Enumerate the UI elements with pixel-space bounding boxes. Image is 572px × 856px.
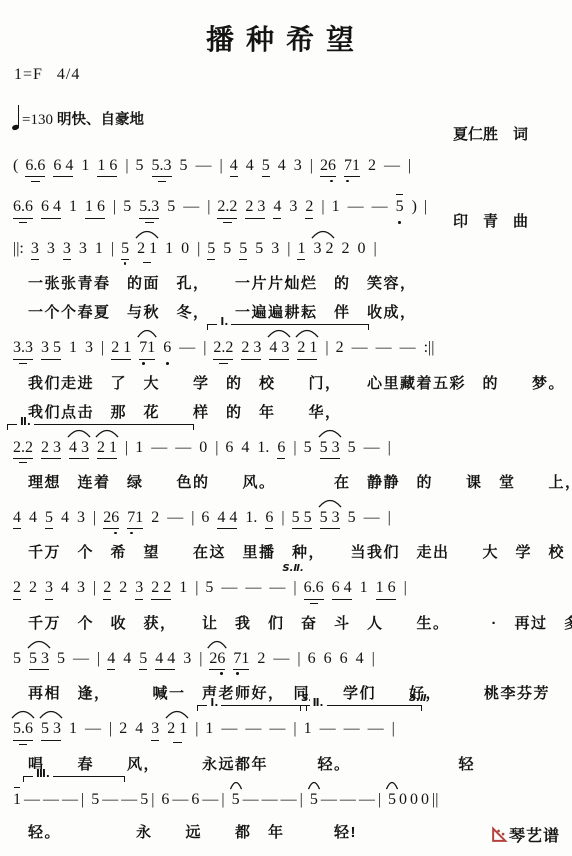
barline: | bbox=[191, 509, 194, 527]
tempo-value: =130 bbox=[22, 112, 53, 128]
sixteenth-beam bbox=[19, 462, 27, 463]
note-group: 5 bbox=[13, 650, 21, 668]
duration-dash: — bbox=[202, 791, 218, 809]
note-group: 2 bbox=[151, 509, 159, 527]
slur-arc bbox=[230, 780, 242, 790]
duration-dash: — bbox=[352, 339, 368, 357]
note-group: 3 bbox=[289, 198, 297, 216]
slur-arc bbox=[318, 428, 342, 438]
note-group: 2 1 bbox=[111, 339, 131, 359]
octave-dot-below bbox=[236, 672, 239, 675]
quarter-note-icon bbox=[12, 104, 21, 130]
note-group: 5.3 bbox=[139, 198, 159, 218]
note-group: 4 bbox=[107, 650, 115, 670]
note-group: 5 bbox=[348, 439, 356, 457]
overline bbox=[14, 787, 21, 788]
note-group: 6 bbox=[161, 791, 169, 809]
segno-mark: S.Ⅱ. bbox=[282, 564, 303, 574]
note-group: 2 1 bbox=[97, 439, 117, 459]
barline: | bbox=[125, 157, 128, 175]
barline: | bbox=[151, 791, 154, 809]
note-group: 5 bbox=[310, 791, 318, 809]
sixteenth-beam bbox=[19, 744, 27, 745]
note-group: 2 3 bbox=[41, 439, 61, 459]
song-title: 播种希望 bbox=[0, 0, 572, 58]
note-group: 3 bbox=[79, 240, 87, 258]
note-group: 2.2 bbox=[217, 198, 237, 218]
note-group: 4 4 bbox=[155, 650, 175, 670]
duration-dash: — bbox=[167, 509, 183, 527]
note-group: 2 bbox=[29, 579, 37, 597]
note-group: 5 bbox=[207, 240, 215, 260]
duration-dash: — bbox=[273, 650, 289, 668]
volta-label: Ⅰ. bbox=[217, 317, 231, 328]
lyrics-line: 理想 连着 绿 色的 风。 在 静静 的 课 堂 上， bbox=[0, 467, 572, 496]
slur-arc bbox=[308, 780, 320, 790]
note-group: 1 bbox=[360, 579, 368, 597]
barline: | bbox=[101, 339, 104, 357]
score-header: 1=F4/4 =130 明快、自豪地 夏仁胜 词 印 青 曲 bbox=[0, 60, 572, 142]
note-group: 6 4 bbox=[332, 579, 352, 599]
barline: | bbox=[325, 339, 328, 357]
note-group: 5 bbox=[239, 240, 247, 260]
duration-dash: — bbox=[151, 439, 167, 457]
note-group: 5 bbox=[91, 791, 99, 809]
duration-dash: — bbox=[245, 579, 261, 597]
barline: | bbox=[287, 240, 290, 258]
note-group: 7 1 bbox=[139, 339, 155, 359]
note-group: 1Ⅱ.S.Ⅱ bbox=[304, 720, 312, 738]
note-group: 1 bbox=[332, 198, 340, 216]
note-group: 7 1 bbox=[344, 157, 360, 177]
barline: | bbox=[195, 720, 198, 738]
note-group: 1Ⅰ.S. bbox=[205, 720, 213, 738]
duration-dash: — bbox=[245, 720, 261, 738]
volta-bracket: Ⅰ.S. bbox=[197, 705, 307, 711]
duration-dash: — bbox=[85, 720, 101, 738]
sheet-music-page: 播种希望 1=F4/4 =130 明快、自豪地 夏仁胜 词 印 青 曲 (6.6… bbox=[0, 0, 572, 856]
lyrics-line: 轻。 永 远 都 年 轻! bbox=[0, 817, 572, 846]
barline: | bbox=[93, 509, 96, 527]
note-group: 1 bbox=[165, 240, 173, 258]
slur-arc bbox=[27, 639, 51, 649]
barline: | bbox=[207, 198, 210, 216]
volta-label: Ⅰ. bbox=[207, 698, 221, 709]
notation-line: 22343|2232 21|5———|S.Ⅱ.6.66 411 6| bbox=[0, 566, 572, 607]
note-group: 6 bbox=[265, 509, 273, 529]
barline: ( bbox=[13, 157, 18, 175]
barline: | bbox=[220, 157, 223, 175]
note-group: 2 6 bbox=[320, 157, 336, 177]
barline: | bbox=[97, 650, 100, 668]
barline: | bbox=[221, 791, 224, 809]
sixteenth-beam bbox=[158, 181, 166, 182]
note-group: 2 2 bbox=[151, 579, 171, 599]
octave-dot-below bbox=[346, 180, 349, 183]
note-group: 2 bbox=[341, 240, 349, 258]
barline: :|| bbox=[424, 339, 435, 357]
sixteenth-beam bbox=[173, 742, 181, 743]
credits: 夏仁胜 词 印 青 曲 bbox=[453, 62, 528, 294]
octave-dot-below bbox=[114, 532, 117, 535]
note-group: 3 bbox=[45, 579, 53, 599]
note-group: 1 bbox=[297, 240, 305, 260]
note-group: 4 3 bbox=[69, 439, 89, 459]
notation-line: 5.65 31—|2432 1|1Ⅰ.S.———|1Ⅱ.S.Ⅱ———| bbox=[0, 707, 572, 748]
note-group: 6 bbox=[308, 650, 316, 668]
note-group: 4 bbox=[241, 439, 249, 457]
barline: | bbox=[199, 650, 202, 668]
duration-dash: — bbox=[221, 720, 237, 738]
note-group: 5 3 bbox=[29, 650, 49, 670]
duration-dash: — bbox=[183, 198, 199, 216]
barline: | bbox=[113, 198, 116, 216]
watermark: 琴艺谱 bbox=[490, 823, 560, 846]
duration-dash: — bbox=[269, 720, 285, 738]
barline: | bbox=[408, 157, 411, 175]
duration-dash: — bbox=[320, 720, 336, 738]
note-group: 1 bbox=[69, 720, 77, 738]
note-group: 4 bbox=[13, 509, 21, 529]
note-group: 5 bbox=[123, 198, 131, 216]
watermark-text: 琴艺谱 bbox=[509, 823, 560, 846]
note-group: 3 bbox=[151, 720, 159, 740]
note-group: 2 3 bbox=[241, 339, 261, 359]
barline: ) bbox=[412, 198, 417, 216]
slur-arc bbox=[135, 229, 159, 239]
barline: | bbox=[310, 157, 313, 175]
lyrics-line: 唱 春 风， 永远都年 轻。 轻 bbox=[0, 749, 572, 778]
barline: | bbox=[321, 198, 324, 216]
note-group: 5 bbox=[180, 157, 188, 175]
overline bbox=[396, 194, 403, 195]
slur-arc bbox=[11, 709, 35, 719]
sixteenth-beam bbox=[19, 222, 27, 223]
segno-mark: S.Ⅱ bbox=[409, 694, 427, 704]
duration-dash: — bbox=[172, 791, 188, 809]
duration-dash: — bbox=[179, 339, 195, 357]
octave-dot-below bbox=[130, 532, 133, 535]
duration-dash: — bbox=[364, 439, 380, 457]
sixteenth-beam bbox=[145, 222, 153, 223]
octave-dot-below bbox=[220, 672, 223, 675]
note-group: 6 4 bbox=[41, 198, 61, 218]
duration-dash: — bbox=[102, 791, 118, 809]
barline: | bbox=[293, 720, 296, 738]
note-group: 4 bbox=[356, 650, 364, 668]
octave-dot-below bbox=[330, 180, 333, 183]
note-group: 4 bbox=[29, 509, 37, 527]
note-group: 0 bbox=[181, 240, 189, 258]
note-group: 3 5 bbox=[41, 339, 61, 359]
note-group: 2 1 bbox=[137, 240, 157, 258]
note-group: 1 bbox=[95, 240, 103, 258]
note-group: 3.3 bbox=[13, 339, 33, 359]
note-group: 6 bbox=[163, 339, 171, 357]
barline: | bbox=[388, 509, 391, 527]
duration-dash: — bbox=[376, 339, 392, 357]
note-group: 0 bbox=[357, 240, 365, 258]
volta-label: Ⅱ. bbox=[310, 698, 327, 709]
barline: | bbox=[195, 579, 198, 597]
barline: | bbox=[293, 439, 296, 457]
note-group: 6 bbox=[191, 791, 199, 809]
note-group: 5 bbox=[232, 791, 240, 809]
slur-arc bbox=[311, 229, 335, 239]
octave-dot-below bbox=[142, 362, 145, 365]
note-group: 3 bbox=[77, 509, 85, 527]
note-group: 5 bbox=[348, 509, 356, 527]
note-group: 6.6 bbox=[25, 157, 45, 177]
note-group: 3 bbox=[183, 650, 191, 668]
duration-dash: — bbox=[62, 791, 78, 809]
note-group: 6 bbox=[340, 650, 348, 668]
time-signature: 4/4 bbox=[57, 66, 80, 83]
duration-dash: — bbox=[321, 791, 337, 809]
duration-dash: — bbox=[348, 198, 364, 216]
barline: | bbox=[93, 579, 96, 597]
note-group: 0 bbox=[421, 791, 429, 809]
barline: | bbox=[111, 240, 114, 258]
note-group: 1 bbox=[69, 198, 77, 216]
tempo-line: =130 明快、自豪地 bbox=[12, 104, 144, 130]
duration-dash: — bbox=[269, 579, 285, 597]
note-group: 2 bbox=[103, 579, 111, 599]
lyrics-line: 我们走进 了 大 学 的 校 门， 心里藏着五彩 的 梦。 bbox=[0, 368, 572, 397]
slur-arc bbox=[207, 639, 227, 649]
note-group: 3 2 bbox=[313, 240, 333, 258]
slur-arc bbox=[95, 428, 119, 438]
note-group: 6 bbox=[324, 650, 332, 668]
note-group: 4 bbox=[246, 157, 254, 175]
note-group: 5 3 bbox=[320, 439, 340, 459]
barline: | bbox=[373, 240, 376, 258]
lyrics-line: 一个个春夏 与秋 冬， 一遍遍耕耘 伴 收成， bbox=[0, 297, 572, 326]
barline: | bbox=[109, 720, 112, 738]
note-group: 2 bbox=[119, 579, 127, 597]
note-group: 1Ⅲ. bbox=[13, 791, 21, 809]
note-group: 5 3 bbox=[41, 720, 61, 740]
duration-dash: — bbox=[262, 791, 278, 809]
key-time-signature: 1=F4/4 bbox=[14, 66, 80, 84]
note-group: 2 bbox=[257, 650, 265, 668]
note-group: 2.2Ⅱ. bbox=[13, 439, 33, 459]
duration-dash: — bbox=[175, 439, 191, 457]
lyricist-credit: 夏仁胜 词 bbox=[453, 120, 528, 149]
duration-dash: — bbox=[43, 791, 59, 809]
slur-arc bbox=[39, 709, 63, 719]
note-group: 5 bbox=[136, 157, 144, 175]
barline: | bbox=[300, 791, 303, 809]
note-group: 4 bbox=[230, 157, 238, 177]
note-group: 4 bbox=[273, 198, 281, 218]
duration-dash: — bbox=[121, 791, 137, 809]
note-group: 5 bbox=[140, 791, 148, 809]
note-group: 5 bbox=[205, 579, 213, 597]
notation-line: 55 35—|4454 43|2 67 12—|6664| bbox=[0, 637, 572, 678]
note-group: 1 6 bbox=[376, 579, 396, 599]
barline: | bbox=[392, 720, 395, 738]
duration-dash: — bbox=[281, 791, 297, 809]
sixteenth-beam bbox=[223, 222, 231, 223]
notation-line: 2.2Ⅱ.2 34 32 1|1——0|641.6|55 35—| bbox=[0, 426, 572, 467]
barline: | bbox=[197, 240, 200, 258]
note-group: 3 bbox=[271, 240, 279, 258]
note-group: 2 bbox=[305, 198, 313, 218]
note-group: 2 bbox=[368, 157, 376, 175]
note-group: 2 3 bbox=[245, 198, 265, 218]
note-group: 1 bbox=[179, 579, 187, 597]
duration-dash: — bbox=[364, 509, 380, 527]
note-group: 1. bbox=[257, 439, 269, 457]
note-group: 6 bbox=[201, 509, 209, 527]
duration-dash: — bbox=[24, 791, 40, 809]
note-group: 4 bbox=[61, 579, 69, 597]
note-group: 1 6 bbox=[85, 198, 105, 218]
note-group: 7 1 bbox=[233, 650, 249, 670]
note-group: 5 bbox=[255, 240, 263, 258]
composer-credit: 印 青 曲 bbox=[453, 207, 528, 236]
barline: | bbox=[378, 791, 381, 809]
note-group: 5 bbox=[121, 240, 129, 260]
duration-dash: — bbox=[344, 720, 360, 738]
note-group: 5 bbox=[139, 650, 147, 670]
note-group: 3 bbox=[294, 157, 302, 175]
note-group: 5 bbox=[223, 240, 231, 258]
note-group: 4 3 bbox=[269, 339, 289, 359]
note-group: 0 bbox=[399, 791, 407, 809]
duration-dash: — bbox=[340, 791, 356, 809]
slur-arc bbox=[165, 709, 189, 719]
note-group: 5 bbox=[304, 439, 312, 457]
duration-dash: — bbox=[372, 198, 388, 216]
note-group: 5 3 bbox=[320, 509, 340, 529]
note-group: 0 bbox=[410, 791, 418, 809]
note-group: 7 1 bbox=[127, 509, 143, 529]
note-group: 5.6 bbox=[13, 720, 33, 740]
duration-dash: — bbox=[221, 579, 237, 597]
volta-bracket: Ⅲ. bbox=[23, 776, 125, 782]
slur-arc bbox=[137, 328, 157, 338]
note-group: 2 6 bbox=[103, 509, 119, 529]
slur-arc bbox=[67, 428, 91, 438]
octave-dot-below bbox=[398, 221, 401, 224]
note-group: 6 bbox=[277, 439, 285, 459]
barline: | bbox=[372, 650, 375, 668]
barline: || bbox=[432, 791, 438, 809]
note-group: 4 bbox=[61, 509, 69, 527]
sixteenth-beam bbox=[219, 363, 227, 364]
lyrics-line: 我们点击 那 花 样 的 年 华， bbox=[0, 397, 572, 426]
lyrics-line: 千万 个 收 获， 让 我 们 奋 斗 人 生。 · 再过 多 少 年，我们 bbox=[0, 608, 572, 637]
note-group: 2 bbox=[336, 339, 344, 357]
sixteenth-beam bbox=[143, 262, 151, 263]
note-group: 2 1 bbox=[297, 339, 317, 359]
tempo-mood: 明快、自豪地 bbox=[57, 112, 144, 128]
barline: | bbox=[281, 509, 284, 527]
sixteenth-beam bbox=[310, 603, 318, 604]
volta-bracket: Ⅱ.S.Ⅱ bbox=[300, 705, 422, 711]
note-group: 3 bbox=[135, 579, 143, 599]
note-group: 4 4 bbox=[217, 509, 237, 529]
barline: | bbox=[203, 339, 206, 357]
note-group: 3 bbox=[77, 579, 85, 597]
note-group: 0 bbox=[199, 439, 207, 457]
note-group: 2 bbox=[13, 579, 21, 599]
duration-dash: — bbox=[359, 791, 375, 809]
barline: ||: bbox=[13, 240, 24, 258]
note-group: 2.2Ⅰ. bbox=[213, 339, 233, 359]
notation-line: 1Ⅲ.———|5——5|6—6—|5———|5———|5000|| bbox=[0, 778, 572, 817]
octave-dot-below bbox=[124, 262, 127, 265]
slur-arc bbox=[386, 780, 398, 790]
note-group: 1 6 bbox=[97, 157, 117, 177]
note-group: 5 bbox=[262, 157, 270, 177]
slur-arc bbox=[295, 328, 319, 338]
note-group: 4 bbox=[278, 157, 286, 175]
notation-line: 44543|2 67 12—|64 41.6|5 55 35—| bbox=[0, 496, 572, 537]
note-group: 6.6 bbox=[13, 198, 33, 218]
note-group: 5 bbox=[388, 791, 396, 809]
duration-dash: — bbox=[73, 650, 89, 668]
notation-line: 3.33 513|2 17 16—|2.2Ⅰ.2 34 32 1|2———:|| bbox=[0, 326, 572, 367]
barline: |S.Ⅱ. bbox=[293, 579, 296, 597]
note-group: 2 1 bbox=[167, 720, 187, 738]
duration-dash: — bbox=[400, 339, 416, 357]
note-group: 6 4 bbox=[53, 157, 73, 177]
barline: | bbox=[215, 439, 218, 457]
qinyipu-logo-icon bbox=[490, 826, 508, 844]
note-group: 1 bbox=[69, 339, 77, 357]
note-group: 2 6 bbox=[209, 650, 225, 670]
key-signature: 1=F bbox=[14, 66, 43, 83]
sixteenth-beam bbox=[19, 363, 27, 364]
barline: | bbox=[424, 198, 427, 216]
note-group: 5 bbox=[167, 198, 175, 216]
note-group: 1 bbox=[135, 439, 143, 457]
note-group: 3 bbox=[63, 240, 71, 260]
note-group: 4 bbox=[123, 650, 131, 668]
barline: | bbox=[125, 439, 128, 457]
volta-label: Ⅱ. bbox=[17, 417, 34, 428]
duration-dash: — bbox=[384, 157, 400, 175]
lyrics-line: 千万 个 希 望 在这 里播 种， 当我们 走出 大 学 校 门 bbox=[0, 537, 572, 566]
note-group: 5.3 bbox=[152, 157, 172, 177]
barline: | bbox=[388, 439, 391, 457]
note-group: 5 5 bbox=[292, 509, 312, 529]
slur-arc bbox=[267, 328, 291, 338]
note-group: 5 bbox=[45, 509, 53, 529]
note-group: 1. bbox=[245, 509, 257, 527]
duration-dash: — bbox=[196, 157, 212, 175]
note-group: 4 bbox=[135, 720, 143, 738]
lyrics-line: 再相 逢， 喊一 声老师好， 同 学们 好， 桃李芬芳 bbox=[0, 678, 572, 707]
duration-dash: — bbox=[368, 720, 384, 738]
sixteenth-beam bbox=[31, 181, 39, 182]
note-group: 3 bbox=[85, 339, 93, 357]
note-group: 3 bbox=[47, 240, 55, 258]
barline: | bbox=[297, 650, 300, 668]
note-group: 2 bbox=[119, 720, 127, 738]
note-group: 3 bbox=[31, 240, 39, 260]
slur-arc bbox=[318, 498, 342, 508]
barline: | bbox=[404, 579, 407, 597]
barline: | bbox=[81, 791, 84, 809]
note-group: 6.6 bbox=[304, 579, 324, 599]
duration-dash: — bbox=[243, 791, 259, 809]
note-group: 6 bbox=[225, 439, 233, 457]
volta-label: Ⅲ. bbox=[33, 769, 53, 780]
